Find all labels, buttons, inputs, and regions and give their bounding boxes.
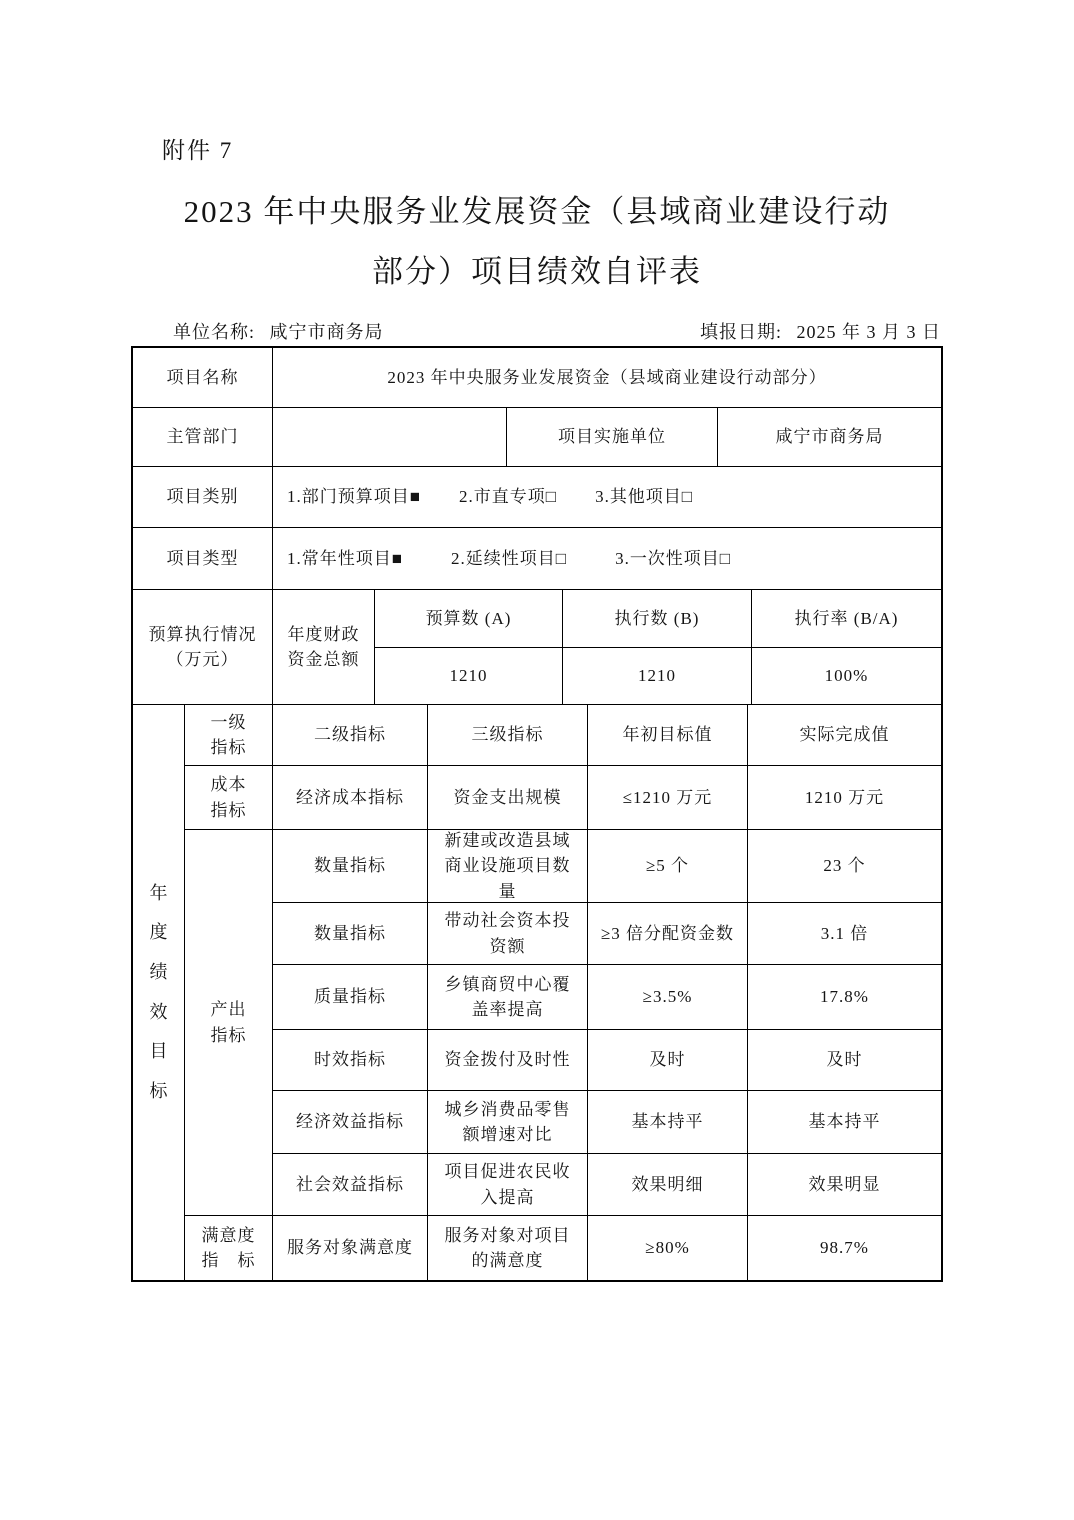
perf-actual: 1210 万元 (748, 766, 941, 830)
perf-row: 数量指标 新建或改造县域商业设施项目数量 ≥5 个 23 个 (273, 830, 941, 903)
perf-target: 基本持平 (588, 1091, 748, 1154)
perf-row: 社会效益指标 项目促进农民收入提高 效果明细 效果明显 (273, 1154, 941, 1216)
perf-row: 数量指标 带动社会资本投资额 ≥3 倍分配资金数 3.1 倍 (273, 903, 941, 965)
perf-header-level1: 一级 指标 (185, 705, 273, 766)
report-date-value: 2025 年 3 月 3 日 (797, 322, 942, 342)
dept-value-empty (273, 408, 507, 467)
evaluation-table: 项目名称 2023 年中央服务业发展资金（县域商业建设行动部分） 主管部门 项目… (131, 346, 943, 1282)
type-option-perennial: 1.常年性项目■ (287, 546, 403, 572)
budget-section-label: 预算执行情况 （万元） (133, 590, 273, 705)
perf-actual: 基本持平 (748, 1091, 941, 1154)
type-options: 1.常年性项目■ 2.延续性项目□ 3.一次性项目□ (273, 528, 941, 590)
perf-actual: 23 个 (748, 830, 941, 903)
perf-l2: 服务对象满意度 (273, 1216, 428, 1280)
report-date: 填报日期: 2025 年 3 月 3 日 (700, 318, 941, 344)
perf-l2: 社会效益指标 (273, 1154, 428, 1216)
perf-header-level2: 二级指标 (273, 705, 428, 766)
perf-actual: 效果明显 (748, 1154, 941, 1216)
perf-l3: 带动社会资本投资额 (428, 903, 588, 965)
perf-header-target: 年初目标值 (588, 705, 748, 766)
perf-l2: 数量指标 (273, 830, 428, 903)
perf-l3: 项目促进农民收入提高 (428, 1154, 588, 1216)
perf-l2: 数量指标 (273, 903, 428, 965)
perf-header-level3: 三级指标 (428, 705, 588, 766)
project-name-row: 项目名称 2023 年中央服务业发展资金（县域商业建设行动部分） (133, 348, 941, 408)
document-title: 2023 年中央服务业发展资金（县域商业建设行动 部分）项目绩效自评表 (0, 182, 1074, 302)
unit-name-label: 单位名称: (173, 322, 255, 342)
perf-target: ≥80% (588, 1216, 748, 1280)
perf-header-actual: 实际完成值 (748, 705, 941, 766)
report-date-label: 填报日期: (700, 322, 782, 342)
performance-grid: 一级 指标 二级指标 三级指标 年初目标值 实际完成值 成本 指标 经济成本指标… (185, 705, 941, 1280)
perf-row: 满意度 指 标 服务对象满意度 服务对象对项目的满意度 ≥80% 98.7% (185, 1216, 941, 1280)
document-title-line2: 部分）项目绩效自评表 (0, 242, 1074, 302)
type-option-onetime: 3.一次性项目□ (615, 546, 731, 572)
budget-value-row: 1210 1210 100% (375, 648, 941, 705)
impl-unit-label: 项目实施单位 (507, 408, 718, 467)
perf-l2: 经济效益指标 (273, 1091, 428, 1154)
budget-value-budget: 1210 (375, 648, 563, 705)
type-option-continuing: 2.延续性项目□ (451, 546, 567, 572)
perf-group-satisfaction: 满意度 指 标 (185, 1216, 273, 1280)
perf-target: 及时 (588, 1030, 748, 1091)
perf-row: 经济效益指标 城乡消费品零售额增速对比 基本持平 基本持平 (273, 1091, 941, 1154)
performance-header-row: 一级 指标 二级指标 三级指标 年初目标值 实际完成值 (185, 705, 941, 766)
perf-l3: 城乡消费品零售额增速对比 (428, 1091, 588, 1154)
type-label: 项目类型 (133, 528, 273, 590)
category-option-municipal: 2.市直专项□ (459, 484, 557, 510)
performance-section: 年 度 绩 效 目 标 一级 指标 二级指标 三级指标 年初目标值 实际完成值 … (133, 705, 941, 1280)
department-row: 主管部门 项目实施单位 咸宁市商务局 (133, 408, 941, 467)
perf-row: 质量指标 乡镇商贸中心覆盖率提高 ≥3.5% 17.8% (273, 965, 941, 1030)
type-row: 项目类型 1.常年性项目■ 2.延续性项目□ 3.一次性项目□ (133, 528, 941, 590)
perf-l3: 资金支出规模 (428, 766, 588, 830)
perf-target: ≥3 倍分配资金数 (588, 903, 748, 965)
perf-actual: 3.1 倍 (748, 903, 941, 965)
perf-output-block: 产出 指标 数量指标 新建或改造县域商业设施项目数量 ≥5 个 23 个 数量指… (185, 830, 941, 1216)
perf-target: 效果明细 (588, 1154, 748, 1216)
unit-name-value: 咸宁市商务局 (270, 322, 384, 342)
project-name-label: 项目名称 (133, 348, 273, 408)
perf-row: 时效指标 资金拨付及时性 及时 及时 (273, 1030, 941, 1091)
perf-target: ≤1210 万元 (588, 766, 748, 830)
budget-col-budget: 预算数 (A) (375, 590, 563, 648)
budget-header-row: 预算数 (A) 执行数 (B) 执行率 (B/A) (375, 590, 941, 648)
document-page: 附件 7 2023 年中央服务业发展资金（县域商业建设行动 部分）项目绩效自评表… (0, 0, 1074, 1520)
perf-l3: 乡镇商贸中心覆盖率提高 (428, 965, 588, 1030)
budget-section: 预算执行情况 （万元） 年度财政 资金总额 预算数 (A) 执行数 (B) 执行… (133, 590, 941, 705)
budget-value-exec: 1210 (563, 648, 752, 705)
budget-subject-label: 年度财政 资金总额 (273, 590, 375, 705)
budget-col-rate: 执行率 (B/A) (752, 590, 941, 648)
performance-side-label: 年 度 绩 效 目 标 (133, 705, 185, 1280)
meta-row: 单位名称: 咸宁市商务局 填报日期: 2025 年 3 月 3 日 (133, 316, 941, 346)
unit-name: 单位名称: 咸宁市商务局 (133, 318, 384, 344)
budget-grid: 预算数 (A) 执行数 (B) 执行率 (B/A) 1210 1210 100% (375, 590, 941, 705)
perf-l3: 资金拨付及时性 (428, 1030, 588, 1091)
budget-col-exec: 执行数 (B) (563, 590, 752, 648)
document-title-line1: 2023 年中央服务业发展资金（县域商业建设行动 (0, 182, 1074, 242)
impl-unit-value: 咸宁市商务局 (718, 408, 941, 467)
category-options: 1.部门预算项目■ 2.市直专项□ 3.其他项目□ (273, 467, 941, 528)
perf-l2: 时效指标 (273, 1030, 428, 1091)
perf-actual: 及时 (748, 1030, 941, 1091)
perf-output-rows: 数量指标 新建或改造县域商业设施项目数量 ≥5 个 23 个 数量指标 带动社会… (273, 830, 941, 1216)
attachment-label: 附件 7 (162, 132, 233, 165)
perf-target: ≥3.5% (588, 965, 748, 1030)
budget-value-rate: 100% (752, 648, 941, 705)
perf-group-output: 产出 指标 (185, 830, 273, 1216)
category-row: 项目类别 1.部门预算项目■ 2.市直专项□ 3.其他项目□ (133, 467, 941, 528)
perf-group-cost: 成本 指标 (185, 766, 273, 830)
perf-l3: 服务对象对项目的满意度 (428, 1216, 588, 1280)
perf-l2: 质量指标 (273, 965, 428, 1030)
category-option-other: 3.其他项目□ (595, 484, 693, 510)
perf-actual: 98.7% (748, 1216, 941, 1280)
perf-l2: 经济成本指标 (273, 766, 428, 830)
perf-actual: 17.8% (748, 965, 941, 1030)
perf-l3: 新建或改造县域商业设施项目数量 (428, 830, 588, 903)
perf-row: 成本 指标 经济成本指标 资金支出规模 ≤1210 万元 1210 万元 (185, 766, 941, 830)
perf-target: ≥5 个 (588, 830, 748, 903)
project-name-value: 2023 年中央服务业发展资金（县域商业建设行动部分） (273, 348, 941, 408)
dept-label: 主管部门 (133, 408, 273, 467)
category-label: 项目类别 (133, 467, 273, 528)
category-option-budget: 1.部门预算项目■ (287, 484, 421, 510)
